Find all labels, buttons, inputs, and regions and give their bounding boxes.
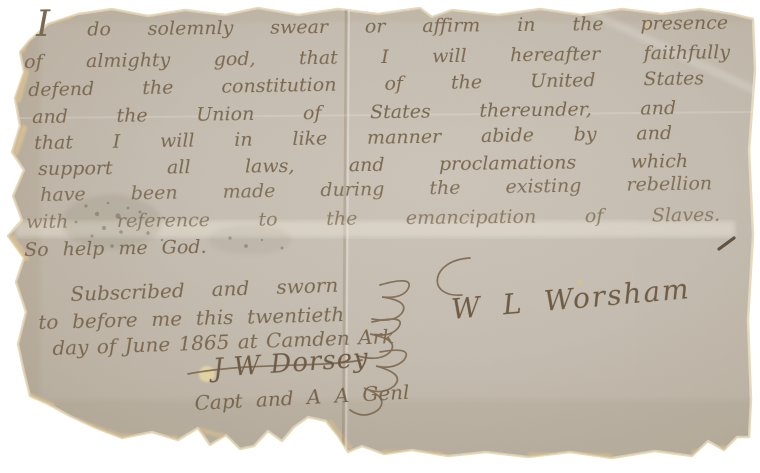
oath-line-1: I do solemnly swear or affirm in the pre…	[36, 13, 728, 42]
oath-line-5: that I will in like manner abide by and	[34, 123, 672, 155]
officer-title: Capt and A A Genl	[194, 381, 410, 415]
handwritten-text-layer: I do solemnly swear or affirm in the pre…	[0, 0, 760, 473]
scanned-document: I do solemnly swear or affirm in the pre…	[0, 0, 760, 473]
attestation-line-1: Subscribed and sworn	[70, 274, 339, 306]
oath-line-3: defend the constitution of the United St…	[28, 68, 704, 102]
oath-line-9: So help me God.	[24, 237, 207, 262]
oath-line-8: with reference to the emancipation of Sl…	[26, 205, 720, 234]
oath-taker-signature: W L Worsham	[450, 273, 692, 326]
